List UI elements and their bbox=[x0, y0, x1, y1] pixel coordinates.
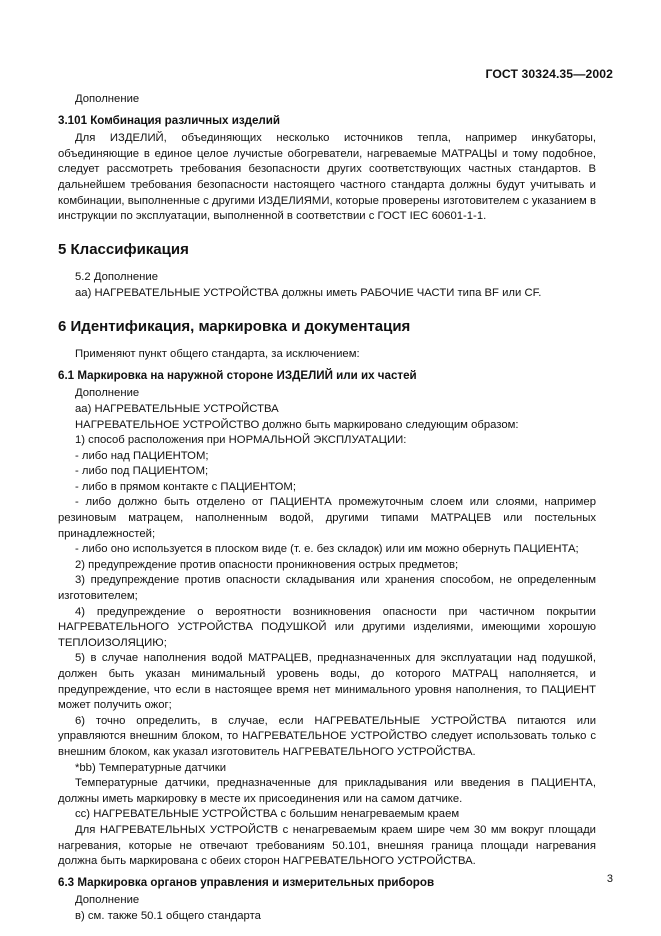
paragraph-line: НАГРЕВАТЕЛЬНОЕ УСТРОЙСТВО должно быть ма… bbox=[58, 418, 596, 434]
paragraph-line: Дополнение bbox=[58, 893, 596, 909]
paragraph-line: Применяют пункт общего стандарта, за иск… bbox=[58, 347, 596, 363]
paragraph: 4) предупреждение о вероятности возникно… bbox=[58, 605, 596, 652]
paragraph: Для ИЗДЕЛИЙ, объединяющих несколько исто… bbox=[58, 131, 596, 225]
paragraph-line: сс) НАГРЕВАТЕЛЬНЫЕ УСТРОЙСТВА с большим … bbox=[58, 807, 596, 823]
document-page: ГОСТ 30324.35—2002 Дополнение3.101 Комби… bbox=[0, 0, 661, 936]
paragraph: - либо должно быть отделено от ПАЦИЕНТА … bbox=[58, 495, 596, 542]
paragraph: Температурные датчики, предназначенные д… bbox=[58, 776, 596, 807]
subsection-heading: 6.3 Маркировка органов управления и изме… bbox=[58, 875, 596, 891]
section-heading: 6 Идентификация, маркировка и документац… bbox=[58, 319, 596, 335]
paragraph-line: Дополнение bbox=[58, 386, 596, 402]
page-number: 3 bbox=[607, 873, 613, 885]
paragraph-line: Дополнение bbox=[58, 92, 596, 108]
document-code-header: ГОСТ 30324.35—2002 bbox=[486, 67, 614, 81]
section-heading: 5 Классификация bbox=[58, 242, 596, 258]
document-body: Дополнение3.101 Комбинация различных изд… bbox=[58, 92, 596, 925]
paragraph-line: *bb) Температурные датчики bbox=[58, 761, 596, 777]
paragraph-line: - либо над ПАЦИЕНТОМ; bbox=[58, 449, 596, 465]
paragraph: - либо оно используется в плоском виде (… bbox=[58, 542, 596, 558]
paragraph-line: 1) способ расположения при НОРМАЛЬНОЙ ЭК… bbox=[58, 433, 596, 449]
subsection-heading: 3.101 Комбинация различных изделий bbox=[58, 113, 596, 129]
paragraph: 5) в случае наполнения водой МАТРАЦЕВ, п… bbox=[58, 651, 596, 713]
paragraph-line: 5.2 Дополнение bbox=[58, 270, 596, 286]
paragraph-line: аа) НАГРЕВАТЕЛЬНЫЕ УСТРОЙСТВА должны име… bbox=[58, 286, 596, 302]
paragraph: 3) предупреждение против опасности склад… bbox=[58, 573, 596, 604]
paragraph: 6) точно определить, в случае, если НАГР… bbox=[58, 714, 596, 761]
subsection-heading: 6.1 Маркировка на наружной стороне ИЗДЕЛ… bbox=[58, 368, 596, 384]
paragraph-line: - либо под ПАЦИЕНТОМ; bbox=[58, 464, 596, 480]
paragraph: 2) предупреждение против опасности прони… bbox=[58, 558, 596, 574]
paragraph-line: в) см. также 50.1 общего стандарта bbox=[58, 909, 596, 925]
paragraph-line: - либо в прямом контакте с ПАЦИЕНТОМ; bbox=[58, 480, 596, 496]
paragraph: Для НАГРЕВАТЕЛЬНЫХ УСТРОЙСТВ с ненагрева… bbox=[58, 823, 596, 870]
paragraph-line: аа) НАГРЕВАТЕЛЬНЫЕ УСТРОЙСТВА bbox=[58, 402, 596, 418]
